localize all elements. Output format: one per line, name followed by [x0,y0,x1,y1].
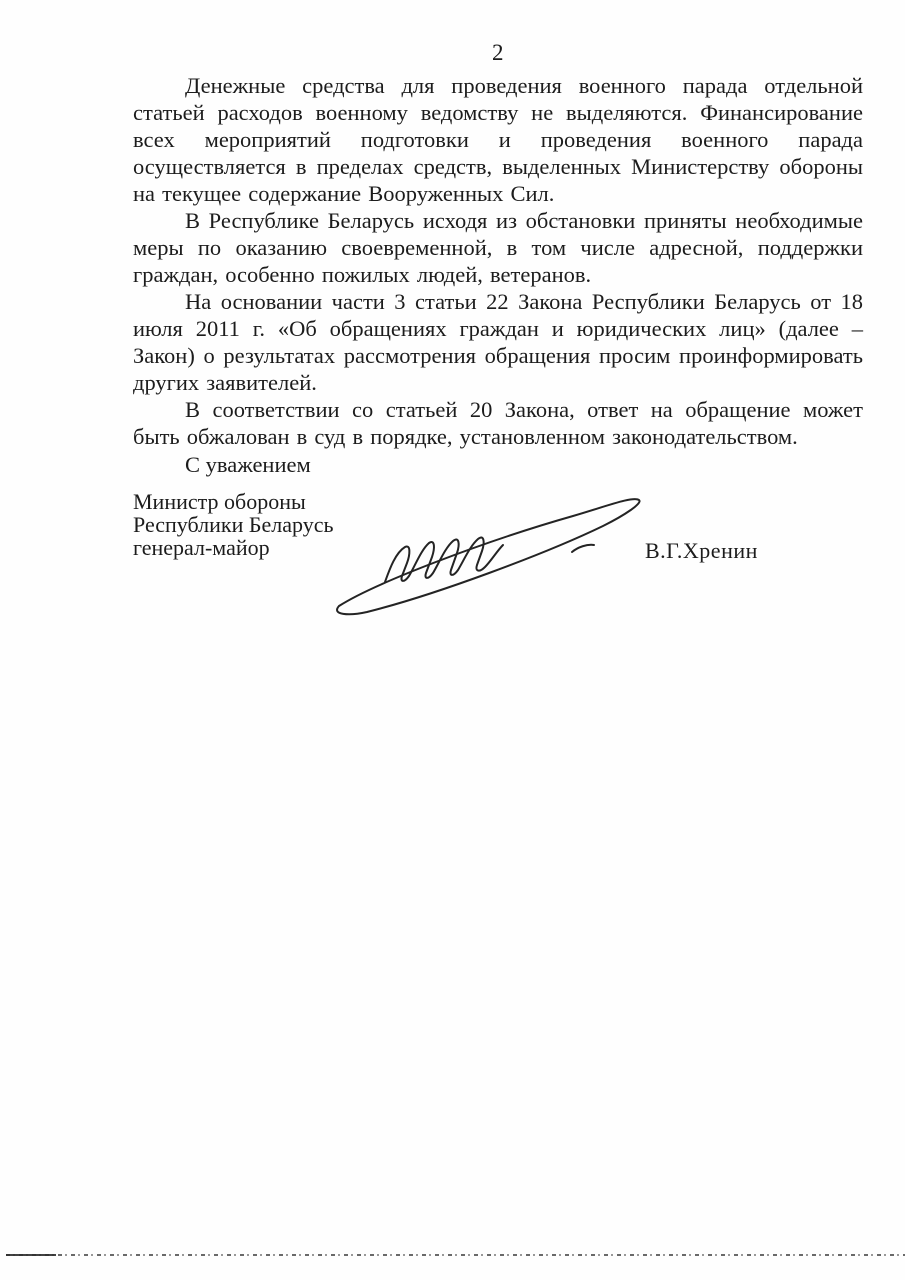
signer-title-line-2: Республики Беларусь [133,513,334,536]
signer-title-line-1: Министр обороны [133,490,334,513]
signature-block: Министр обороны Республики Беларусь гене… [133,490,863,630]
paragraph-law-article-22: На основании части 3 статьи 22 Закона Ре… [133,288,863,396]
paragraph-funding: Денежные средства для проведения военног… [133,72,863,207]
scanned-letter-page: 2 Денежные средства для проведения военн… [0,0,905,1280]
closing-salutation: С уважением [133,452,863,478]
scan-artifact-line [6,1254,905,1256]
letter-body: Денежные средства для проведения военног… [133,72,863,450]
signer-name: В.Г.Хренин [645,538,758,564]
page-number: 2 [133,40,863,66]
signer-title: Министр обороны Республики Беларусь гене… [133,490,334,559]
signer-title-line-3: генерал-майор [133,536,334,559]
paragraph-law-article-20: В соответствии со статьей 20 Закона, отв… [133,396,863,450]
handwritten-signature-icon [325,483,650,623]
paragraph-support-measures: В Республике Беларусь исходя из обстанов… [133,207,863,288]
